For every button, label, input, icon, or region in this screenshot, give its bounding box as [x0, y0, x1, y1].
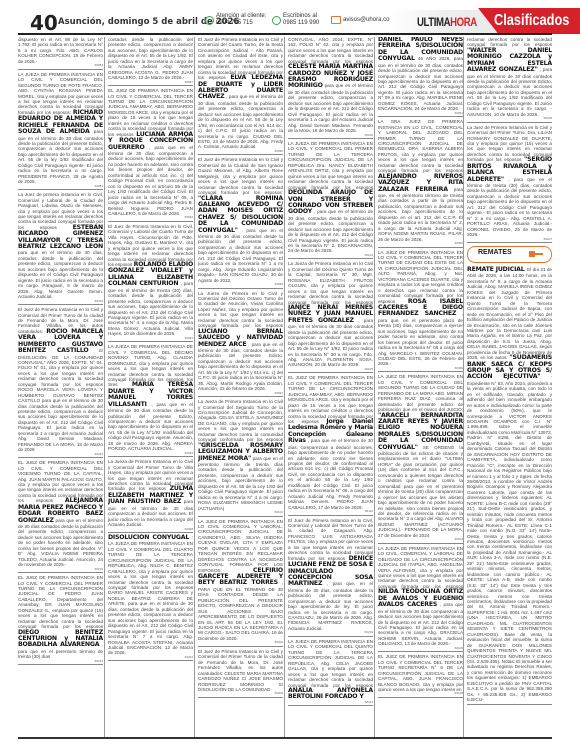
ad-text: , para que, en el término de 30 días, co… [288, 581, 373, 631]
ad-code: 66093 [108, 337, 193, 341]
classified-ad: La Juez de primera instancia en lo Civil… [18, 192, 103, 305]
ad-text: El Juez de Primera Instancia en lo Civil… [198, 157, 283, 195]
classified-ad: LA JUEZA DE PRIMERA INSTANCIA EN LO CIVI… [288, 141, 373, 259]
ad-code: 66110 [288, 510, 373, 514]
ad-text: CONYUGAL, AÑO 2024, EXPTE. N° 162, FOLIO… [288, 37, 373, 64]
ad-code: 66105 [288, 368, 373, 372]
ad-text: EL JUEZ DE PRIMERA INSTANCIA EN LO CIVIL… [108, 88, 193, 137]
ad-code: 66204 [108, 656, 193, 660]
contact-phone[interactable]: 0994 715 715 [216, 20, 253, 26]
classified-ad: El Juez de Primera Instancia en lo Civil… [198, 649, 283, 698]
remates-label: REMATES [478, 250, 512, 255]
classified-ad: El Juez de Primera Instancia en lo Civil… [198, 37, 283, 155]
classified-ad: El Juez de Primera Instancia en lo Civil… [18, 307, 103, 458]
ad-code: 66099 [378, 367, 463, 371]
ad-code: 66206 [198, 641, 283, 645]
classified-ad: EL JUEZ DE PRIMERA INSTANCIA EN LO CIVIL… [18, 575, 103, 665]
ad-text: para que en el término de 30 días contad… [18, 129, 103, 184]
ad-text: LA JUEZA DE PRIMERA INSTANCIA EN LO CIVI… [288, 141, 373, 190]
ad-code: 66083 [18, 64, 103, 68]
ad-text: La Jueza de Primera Instancia en lo Civi… [288, 261, 373, 304]
ad-text: EL JUEZ DE PRIMERA INSTANCIA EN LO CIVIL… [378, 654, 463, 692]
ad-text: El Juez de Primera Instancia en lo Civil… [198, 649, 283, 692]
ad-text: , para que en el término de 30 días, con… [288, 209, 373, 253]
auction-title: REMATE JUDICIAL [467, 266, 525, 273]
auction-notice: REMATE JUDICIAL. El día 21 de Abril de 2… [467, 267, 552, 705]
contact-label: Atención al cliente: [216, 13, 266, 19]
column-3: El Juez de Primera Instancia en lo Civil… [198, 37, 283, 737]
ad-text: LA JUEZ DE PRIMERA INSTANCIA EN LO CIVIL… [198, 519, 283, 573]
contact-label: Escribinos al [283, 13, 317, 19]
ad-text: La Jueza de Primera en lo Civil y Comerc… [198, 291, 283, 329]
classified-ad: LA SRA. JUEZ DE PRIMERA INSTANCIA EN LO … [378, 119, 463, 247]
write-us-contact: Escribinos al0985 119 990 [272, 13, 319, 27]
classified-ad: CONYUGAL, AÑO 2024, EXPTE. N° 162, FOLIO… [288, 37, 373, 139]
ad-names: ALEJANDRO RIVEROS VAZQUEZ Y RITA ZALAZAR… [378, 173, 463, 193]
ad-code: 66108 [467, 117, 552, 121]
ad-text: LA SRA. JUEZ DE PRIMERA INSTANCIA EN LO … [378, 119, 463, 173]
ad-code: 66209 [198, 692, 283, 696]
ad-code: 66210 [288, 631, 373, 635]
classified-ad: El Juez de Primera Instancia en lo Civil… [108, 224, 193, 342]
ad-text: dispuesto en el Art. 98 de la Ley N° 1.7… [18, 37, 103, 64]
column-5: DANIEL PAULO NEVES FERREIRA S/DISOLUCIÓN… [378, 37, 463, 737]
ad-names: ANALIA ANTONELA BERTOLINI FORCADO Y [288, 687, 373, 700]
ad-code: 66091 [378, 112, 463, 116]
column-2: contados desde la publicación del presen… [108, 37, 193, 737]
customer-service-contact: Atención al cliente:0994 715 715 [205, 13, 266, 27]
ad-text: , para que en el término de 30 días, com… [288, 438, 373, 509]
ad-names: DISOLUCION CONYUGAL [108, 534, 189, 541]
page-number: 40 [30, 11, 58, 35]
ad-code: 66108 [378, 692, 463, 696]
section-title: Clasificados [494, 12, 569, 30]
classified-ad: LA JUEZA DE PRIMERA INSTANCIA EN LO CIVI… [378, 546, 463, 653]
classified-ad: LA JUEZ DE PRIMERA INSTANCIA EN LO CIVIL… [198, 519, 283, 647]
ad-text: , para que en el término de 30 días cont… [467, 67, 552, 117]
auction-text: - Expediente N° 63, Año 2024, procederá … [467, 374, 552, 702]
classified-ad: EL JUEZ DE PRIMERA INSTANCIA EN LO CIVIL… [288, 375, 373, 515]
ad-text: para que en el término de 30 días contad… [18, 518, 103, 568]
ad-code: 66097 [198, 392, 283, 396]
ad-code: 66224 [18, 660, 103, 664]
ad-text: EL JUEZ DE PRIMERA INSTANCIA EN LO CIVIL… [18, 575, 103, 629]
classified-ad: El Juez de Primera Instancia en lo Civil… [288, 518, 373, 637]
whatsapp-icon [272, 16, 281, 25]
ad-text: , para que en el término de treinta (30)… [108, 281, 193, 336]
classified-ad: reclamar derechos contra la sociedad con… [467, 37, 552, 123]
ad-code: 66212 [18, 453, 103, 457]
classified-ad: El Juez de Primera Instancia en lo Civil… [198, 157, 283, 288]
ad-code: 66095 [198, 283, 283, 287]
footer-divider [18, 737, 552, 739]
remates-section-header: REMATES [467, 246, 552, 263]
ad-names: DIEGO BENITEZ CENTURION y NATALIA BOBADI… [18, 629, 103, 649]
classified-ad: LA JUEZ DE PRIMERA INSTANCIA EN LO CIVIL… [378, 374, 463, 543]
header-divider [18, 33, 552, 35]
column-6: reclamar derechos contra la sociedad con… [467, 37, 552, 737]
ad-text: EL JUEZ DE PRIMERA INSTANCIA EN LO CIVIL… [288, 375, 373, 424]
ad-text: S/ DISOLUCIÓN DE LA COMUNIDAD CONYUGAL" … [18, 348, 103, 452]
column-1: dispuesto en el Art. 98 de la Ley N° 1.7… [18, 37, 103, 737]
classified-ad: EL JUEZ DE PRIMERA INSTANCIA EN LO CIVIL… [108, 88, 193, 222]
gavel-icon [529, 249, 541, 257]
ad-code: 66096 [378, 242, 463, 246]
classified-ad: DISOLUCION CONYUGAL : LA JUEZA DE PRIMER… [108, 535, 193, 661]
ad-text: contados desde la publicación del presen… [108, 37, 193, 80]
classifieds-columns: dispuesto en el Art. 98 de la Ley N° 1.7… [18, 37, 552, 737]
contact-phone[interactable]: 0985 119 990 [283, 20, 319, 26]
ad-code: 66211 [288, 701, 373, 705]
auction-text: . El día 21 de Abril de 2026, a las 14:0… [467, 267, 552, 360]
ad-code: 66103 [378, 538, 463, 542]
whatsapp-icon [205, 16, 214, 25]
classified-ad: EL JUEZ DE PRIMERA INSTANCIA EN LO CIVIL… [18, 460, 103, 573]
classified-ad: La Jueza de Primera en lo Civil y Comerc… [198, 291, 283, 398]
page-header: 40 Asunción, domingo 5 de abril de 2026 … [0, 0, 580, 34]
classified-ad: dispuesto en el Art. 98 de la Ley N° 1.7… [18, 37, 103, 70]
ad-code: 66092 [108, 216, 193, 220]
ad-text: : LA JUEZA DE PRIMERA INSTANCIA EN LO CI… [108, 535, 193, 655]
ad-text: LA JUEZ DE PRIMERA INSTANCIA EN LO CIVIL… [378, 250, 463, 304]
ad-code: 66098 [108, 528, 193, 532]
ad-text: , para que en el término de treinta (30)… [467, 177, 552, 237]
ad-code: 66087 [108, 81, 193, 85]
ad-text: , para que en el término de 30 días cont… [198, 228, 283, 283]
ad-text: , para que en el término de 30 días, con… [198, 342, 283, 392]
ad-text: , para que, en el término de 30 días con… [288, 318, 373, 368]
ad-text: reclamar derechos contra la sociedad con… [467, 37, 552, 47]
ad-code: 66219 [18, 568, 103, 572]
ad-text: 46 AÑO 2026, para que en el término de 3… [378, 56, 463, 111]
classified-ad: LA JUEZA DE PRIMERA INSTANCIA EN LO CIVI… [288, 639, 373, 706]
ad-text: LA JUEZ DE PRIMERA INSTANCIA EN LO CIVIL… [378, 374, 463, 412]
ad-code: 66083 [18, 185, 103, 189]
ad-text: LA JUEZA DE PRIMERA INSTANCIA EN LO CIVI… [288, 639, 373, 688]
ad-text: , para que en el término de 30 días, com… [108, 145, 193, 216]
ad-code: 66104 [288, 254, 373, 258]
ad-code: 66094 [108, 452, 193, 456]
classified-ad: contados desde la publicación del presen… [108, 37, 193, 86]
classified-ad: La Jueza de Primera Instancia en lo Civi… [198, 399, 283, 516]
classified-ad: DANIEL PAULO NEVES FERREIRA S/DISOLUCIÓN… [378, 37, 463, 117]
mail-icon [331, 16, 341, 24]
ad-text: , para que, en el perentorio plazo de tr… [378, 311, 463, 366]
ad-code: 66703 [18, 300, 103, 304]
ad-code: 66102 [198, 511, 283, 515]
classified-ad: LA JUEZA DE PRIMERA INSTANCIA EN LO CIVI… [18, 72, 103, 190]
ad-text: para que en el perentorio término de tre… [198, 456, 283, 511]
classified-ad: EL JUEZ DE PRIMERA INSTANCIA EN LO CIVIL… [378, 654, 463, 698]
column-4: CONYUGAL, AÑO 2024, EXPTE. N° 162, FOLIO… [288, 37, 373, 737]
ad-text: ., para que en el término de 30 días con… [108, 402, 193, 452]
ad-code: 66107 [467, 238, 552, 242]
classified-ad: LA JUEZ DE PRIMERA INSTANCIA EN LO CIVIL… [378, 250, 463, 373]
ad-text: , para que en el término de 30 días, con… [198, 94, 283, 149]
ad-text: para que, en el perentorio término de tr… [378, 187, 463, 242]
ad-code: 66090 [198, 150, 283, 154]
brand-logo: ULTIMAHORA [417, 15, 477, 29]
ad-code: 66106 [378, 647, 463, 651]
ad-code: 66100 [288, 134, 373, 138]
ad-text: La Jueza de Primera Instancia en lo Civi… [198, 399, 283, 442]
ad-text: para que en el término de 30 días contad… [288, 83, 373, 133]
classified-ad: La Jueza de Primera Instancia en lo Civi… [288, 261, 373, 373]
classified-ad: La Jueza de Primera Instancia en lo Civi… [108, 459, 193, 533]
ad-text: para que en el término de 30 días, conta… [18, 250, 103, 299]
classified-ad: LA JUEZA DE PRIMERA INSTANCIA DE CIVIL Y… [108, 344, 193, 457]
ad-text: , PARA QUE EN EL TÉRMINO DE 30 DÍAS CONT… [198, 580, 283, 640]
classified-ad: La Juez de Primera Instancia en lo Civil… [467, 125, 552, 243]
ad-text: LA JUEZA DE PRIMERA INSTANCIA EN LO CIVI… [378, 546, 463, 589]
ad-text: SE ORDENÓ la publicación de los edictos … [378, 445, 463, 538]
ad-text: , para que en el término de 30 días comp… [378, 602, 463, 646]
